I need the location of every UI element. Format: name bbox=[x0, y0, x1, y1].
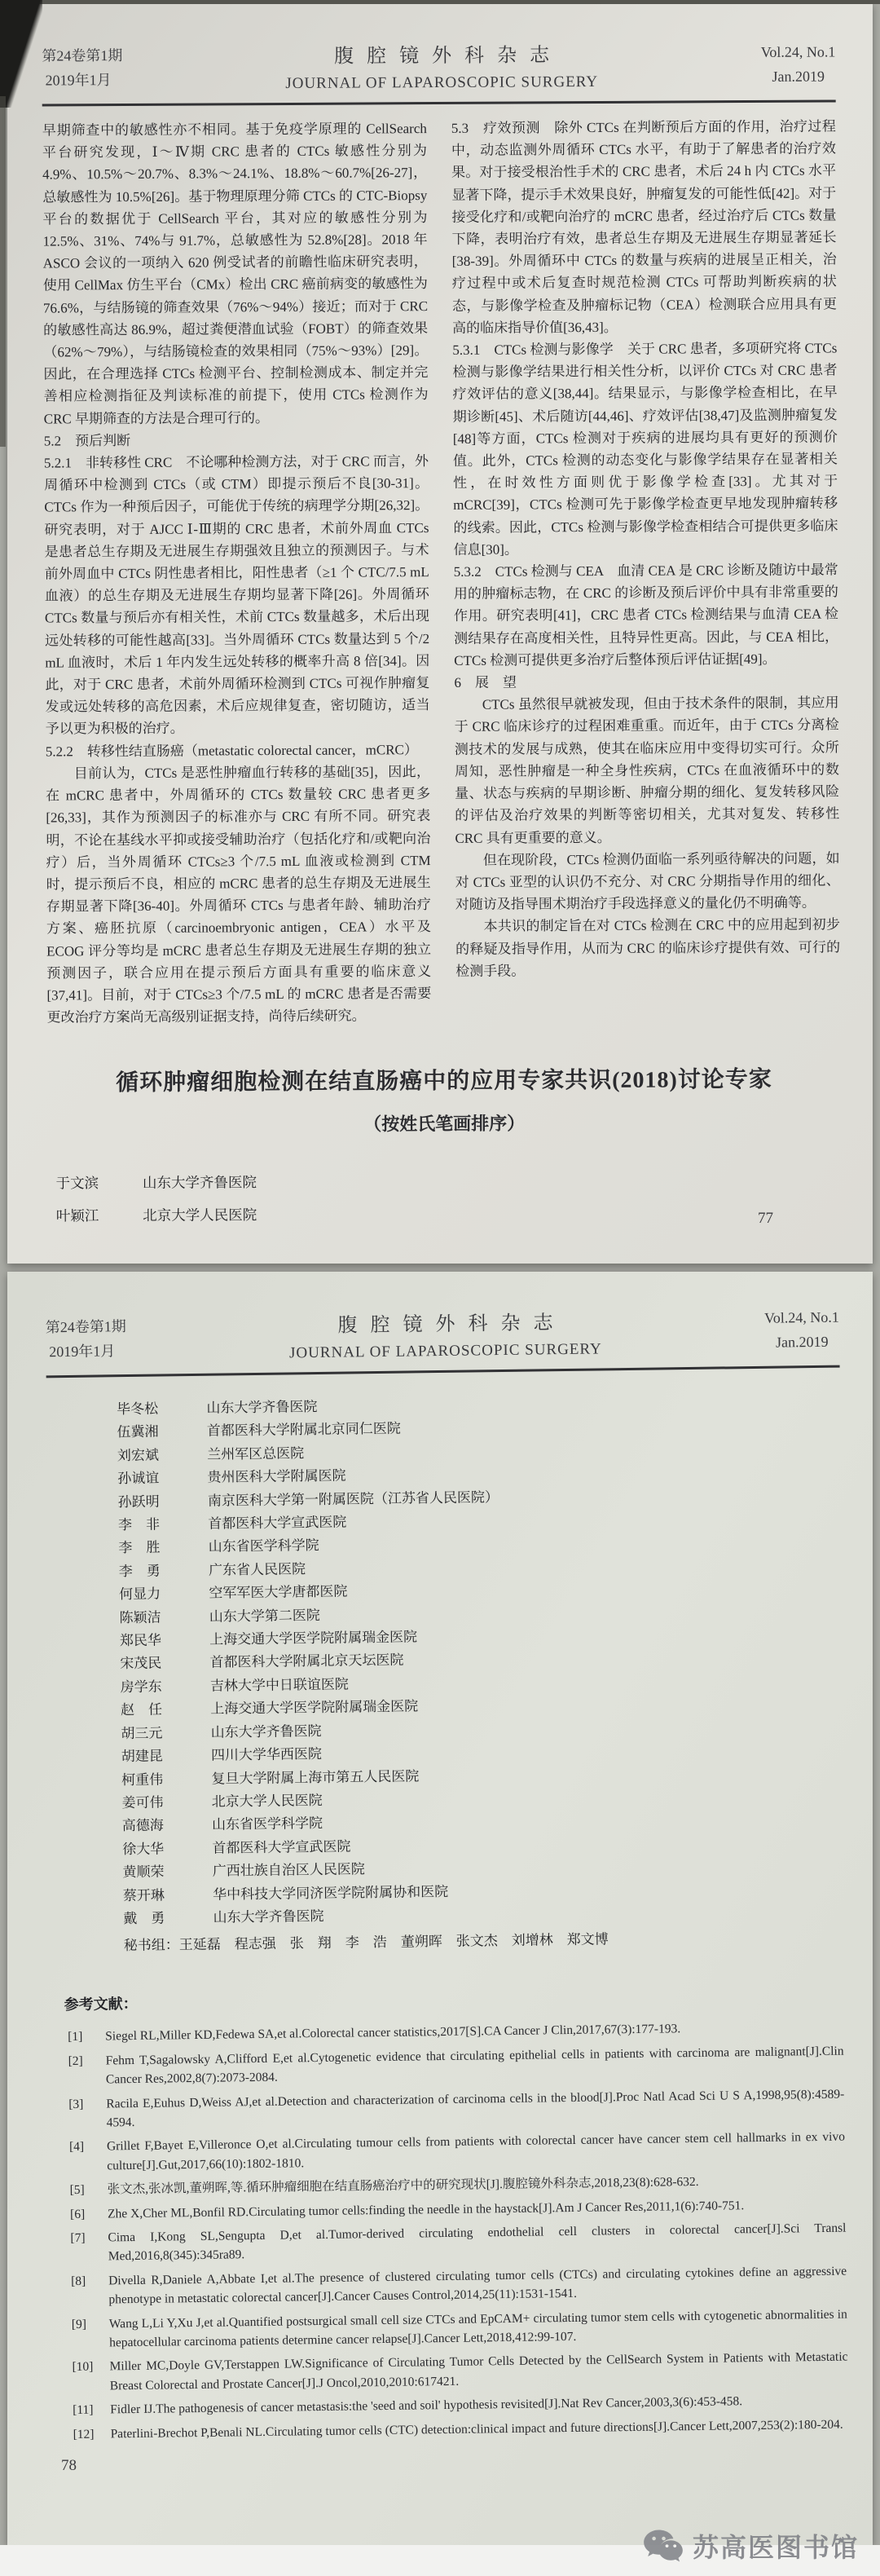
expert-affiliation: 广东省人民医院 bbox=[209, 1561, 306, 1578]
header-center: 腹腔镜外科杂志 JOURNAL OF LAPAROSCOPIC SURGERY bbox=[288, 1305, 602, 1362]
expert-name: 李 勇 bbox=[119, 1559, 186, 1583]
reference-item: [9] Wang L,Li Y,Xu J,et al.Quantified po… bbox=[72, 2305, 848, 2353]
reference-text: Divella R,Daniele A,Abbate I,et al.The p… bbox=[108, 2261, 847, 2309]
library-watermark: 苏高医图书馆 bbox=[642, 2527, 859, 2565]
expert-affiliation: 广西壮族自治区人民医院 bbox=[213, 1861, 365, 1878]
reference-text: Miller MC,Doyle GV,Terstappen LW.Signifi… bbox=[109, 2348, 848, 2396]
reference-number: [8] bbox=[71, 2271, 109, 2309]
expert-name: 郑民华 bbox=[120, 1629, 187, 1652]
watermark-label: 苏高医图书馆 bbox=[693, 2527, 859, 2565]
expert-name: 姜可伟 bbox=[121, 1791, 188, 1815]
expert-name: 柯重伟 bbox=[121, 1768, 188, 1792]
expert-name: 高德海 bbox=[122, 1814, 189, 1837]
journal-title-cn: 腹腔镜外科杂志 bbox=[285, 38, 598, 68]
volume-issue-cn: 第24卷第1期 bbox=[46, 1314, 126, 1339]
expert-name: 戴 勇 bbox=[123, 1907, 190, 1930]
expert-affiliation: 首都医科大学宣武医院 bbox=[208, 1515, 346, 1532]
journal-title-cn: 腹腔镜外科杂志 bbox=[288, 1305, 601, 1338]
expert-affiliation: 空军军医大学唐都医院 bbox=[209, 1584, 347, 1601]
expert-affiliation: 北京大学人民医院 bbox=[212, 1793, 323, 1810]
reference-number: [10] bbox=[72, 2358, 110, 2396]
expert-name: 黄顺荣 bbox=[122, 1860, 189, 1884]
reference-text: Fehm T,Sagalowsky A,Clifford E,et al.Cyt… bbox=[105, 2041, 844, 2089]
reference-item: [12] Paterlini-Brechot P,Benali NL.Circu… bbox=[73, 2415, 848, 2444]
volume-issue-cn: 第24卷第1期 bbox=[42, 43, 122, 68]
reference-text: 张文杰,张冰凯,董朔晖,等.循环肿瘤细胞在结直肠癌治疗中的研究现状[J].腹腔镜… bbox=[108, 2171, 846, 2199]
wechat-icon bbox=[642, 2528, 684, 2564]
reference-text: Racila E,Euhus D,Weiss AJ,et al.Detectio… bbox=[106, 2084, 845, 2133]
reference-number: [12] bbox=[73, 2424, 110, 2444]
reference-text: Cima I,Kong SL,Sengupta D,et al.Tumor-de… bbox=[108, 2219, 847, 2267]
expert-affiliation: 首都医科大学附属北京同仁医院 bbox=[207, 1421, 401, 1439]
header-left: 第24卷第1期 2019年1月 bbox=[42, 43, 122, 93]
secretary-group-row: 秘书组：王延磊 程志强 张 翔 李 浩 董朔晖 张文杰 刘增林 郑文博 bbox=[124, 1925, 847, 1959]
scan-artifact-top-edge bbox=[0, 0, 880, 4]
reference-text: Zhe X,Cher ML,Bonfil RD.Circulating tumo… bbox=[108, 2194, 846, 2223]
expert-name: 孙跃明 bbox=[117, 1490, 184, 1514]
secretary-group-members: 王延磊 程志强 张 翔 李 浩 董朔晖 张文杰 刘增林 郑文博 bbox=[179, 1932, 609, 1953]
expert-affiliation: 贵州医科大学附属医院 bbox=[207, 1468, 345, 1485]
expert-affiliation: 兰州军区总医院 bbox=[207, 1445, 304, 1462]
expert-name: 何显力 bbox=[119, 1582, 186, 1606]
expert-name: 房学东 bbox=[120, 1675, 187, 1699]
expert-affiliation: 上海交通大学医学院附属瑞金医院 bbox=[210, 1699, 418, 1717]
expert-name: 刘宏斌 bbox=[117, 1444, 184, 1467]
journal-title-en: JOURNAL OF LAPAROSCOPIC SURGERY bbox=[285, 73, 598, 93]
expert-affiliation: 山东大学齐鲁医院 bbox=[213, 1908, 323, 1925]
expert-name: 叶颖江 bbox=[56, 1199, 118, 1232]
experts-list-page2: 毕冬松 山东大学齐鲁医院 伍冀湘 首都医科大学附属北京同仁医院 刘宏斌 兰州军区… bbox=[117, 1389, 847, 1931]
reference-number: [2] bbox=[68, 2051, 106, 2089]
expert-name: 李 胜 bbox=[118, 1537, 185, 1560]
reference-number: [5] bbox=[70, 2181, 108, 2200]
secretary-group-label: 秘书组： bbox=[124, 1938, 179, 1954]
body-paragraph: 5.3 疗效预测 除外 CTCs 在判断预后方面的作用，治疗过程中，动态监测外周… bbox=[451, 115, 837, 338]
scanned-document: 第24卷第1期 2019年1月 腹腔镜外科杂志 JOURNAL OF LAPAR… bbox=[0, 0, 880, 2576]
date-en: Jan.2019 bbox=[761, 64, 836, 88]
scan-artifact-left-edge bbox=[0, 96, 6, 447]
expert-name: 宋茂民 bbox=[120, 1652, 187, 1676]
expert-affiliation: 山东省医学科学院 bbox=[209, 1537, 319, 1555]
reference-text: Paterlini-Brechot P,Benali NL.Circulatin… bbox=[110, 2415, 848, 2443]
date-cn: 2019年1月 bbox=[42, 68, 122, 93]
expert-affiliation: 上海交通大学医学院附属瑞金医院 bbox=[209, 1629, 417, 1647]
body-paragraph: 5.3.1 CTCs 检测与影像学 关于 CRC 患者，多项研究将 CTCs 检… bbox=[452, 337, 838, 560]
consensus-subtitle: （按姓氏笔画排序） bbox=[47, 1108, 841, 1137]
expert-name: 胡三元 bbox=[121, 1722, 187, 1745]
experts-list-page1: 于文滨 山东大学齐鲁医院 叶颖江 北京大学人民医院 bbox=[56, 1162, 842, 1232]
consensus-title: 循环肿瘤细胞检测在结直肠癌中的应用专家共识(2018)讨论专家 bbox=[47, 1061, 841, 1097]
reference-text: Wang L,Li Y,Xu J,et al.Quantified postsu… bbox=[109, 2305, 848, 2353]
expert-row: 叶颖江 北京大学人民医院 bbox=[56, 1195, 842, 1232]
volume-issue-en: Vol.24, No.1 bbox=[764, 1304, 839, 1330]
expert-affiliation: 南京医科大学第一附属医院（江苏省人民医院） bbox=[208, 1489, 499, 1509]
expert-name: 伍冀湘 bbox=[117, 1421, 183, 1445]
reference-number: [11] bbox=[73, 2401, 110, 2420]
expert-affiliation: 首都医科大学宣武医院 bbox=[212, 1838, 350, 1855]
journal-header: 第24卷第1期 2019年1月 腹腔镜外科杂志 JOURNAL OF LAPAR… bbox=[42, 37, 835, 94]
reference-text: Siegel RL,Miller KD,Fedewa SA,et al.Colo… bbox=[105, 2018, 843, 2046]
expert-row: 于文滨 山东大学齐鲁医院 bbox=[56, 1162, 842, 1199]
scan-artifact-corner bbox=[0, 0, 42, 108]
body-paragraph: 5.3.2 CTCs 检测与 CEA 血清 CEA 是 CRC 诊断及随访中最常… bbox=[454, 559, 839, 672]
reference-number: [6] bbox=[70, 2204, 108, 2224]
reference-text: Fidler IJ.The pathogenesis of cancer met… bbox=[110, 2391, 848, 2419]
body-paragraph: CTCs 虽然很早就被发现，但由于技术条件的限制，其应用于 CRC 临床诊疗的过… bbox=[454, 692, 839, 849]
reference-item: [2] Fehm T,Sagalowsky A,Clifford E,et al… bbox=[68, 2041, 844, 2089]
reference-item: [8] Divella R,Daniele A,Abbate I,et al.T… bbox=[71, 2261, 847, 2309]
volume-issue-en: Vol.24, No.1 bbox=[761, 39, 836, 64]
expert-name: 赵 任 bbox=[121, 1698, 187, 1722]
expert-affiliation: 山东大学齐鲁医院 bbox=[210, 1723, 321, 1740]
expert-affiliation: 首都医科大学附属北京天坛医院 bbox=[209, 1652, 403, 1670]
body-paragraph: 目前认为，CTCs 是恶性肿瘤血行转移的基础[35]，因此，在 mCRC 患者中… bbox=[46, 761, 432, 1029]
expert-affiliation: 华中科技大学同济医学院附属协和医院 bbox=[213, 1883, 448, 1902]
body-paragraph: 6 展 望 bbox=[454, 670, 838, 695]
reference-number: [4] bbox=[69, 2137, 108, 2176]
expert-name: 胡建昆 bbox=[121, 1745, 188, 1768]
body-paragraph: 5.2.1 非转移性 CRC 不论哪种检测方法，对于 CRC 而言，外周循环中检… bbox=[44, 450, 430, 740]
reference-item: [10] Miller MC,Doyle GV,Terstappen LW.Si… bbox=[72, 2348, 848, 2396]
page-number: 77 bbox=[758, 1210, 773, 1228]
reference-item: [3] Racila E,Euhus D,Weiss AJ,et al.Dete… bbox=[68, 2084, 845, 2133]
date-cn: 2019年1月 bbox=[46, 1339, 126, 1364]
page-number: 78 bbox=[61, 2457, 77, 2475]
header-left: 第24卷第1期 2019年1月 bbox=[46, 1314, 127, 1364]
header-right: Vol.24, No.1 Jan.2019 bbox=[764, 1304, 839, 1354]
body-paragraph: 早期筛查中的敏感性亦不相同。基于免疫学原理的 CellSearch 平台研究发现… bbox=[42, 117, 429, 430]
reference-item: [4] Grillet F,Bayet E,Villeronce O,et al… bbox=[69, 2128, 846, 2176]
body-paragraph: 5.2 预后判断 bbox=[44, 428, 429, 452]
expert-affiliation: 山东大学第二医院 bbox=[209, 1608, 320, 1625]
expert-affiliation: 山东大学齐鲁医院 bbox=[206, 1399, 317, 1416]
expert-affiliation: 北京大学人民医院 bbox=[143, 1206, 257, 1224]
body-paragraph: 5.2.2 转移性结直肠癌（metastatic colorectal canc… bbox=[46, 739, 430, 763]
header-rule bbox=[42, 99, 836, 106]
expert-name: 徐大华 bbox=[122, 1837, 189, 1861]
body-columns: 早期筛查中的敏感性亦不相同。基于免疫学原理的 CellSearch 平台研究发现… bbox=[42, 115, 841, 1037]
references-heading: 参考文献： bbox=[64, 1983, 848, 2015]
reference-number: [3] bbox=[68, 2094, 107, 2133]
expert-affiliation: 复旦大学附属上海市第五人民医院 bbox=[211, 1768, 419, 1786]
reference-number: [9] bbox=[72, 2314, 110, 2353]
expert-name: 陈颖洁 bbox=[119, 1606, 186, 1630]
header-right: Vol.24, No.1 Jan.2019 bbox=[761, 39, 836, 88]
left-column: 早期筛查中的敏感性亦不相同。基于免疫学原理的 CellSearch 平台研究发现… bbox=[42, 117, 432, 1037]
journal-title-en: JOURNAL OF LAPAROSCOPIC SURGERY bbox=[289, 1340, 602, 1362]
page-78: 第24卷第1期 2019年1月 腹腔镜外科杂志 JOURNAL OF LAPAR… bbox=[7, 1272, 873, 2545]
reference-number: [1] bbox=[68, 2027, 105, 2047]
expert-affiliation: 四川大学华西医院 bbox=[211, 1746, 322, 1763]
expert-affiliation: 吉林大学中日联谊医院 bbox=[210, 1676, 349, 1693]
expert-affiliation: 山东省医学科学院 bbox=[212, 1815, 323, 1833]
page-77: 第24卷第1期 2019年1月 腹腔镜外科杂志 JOURNAL OF LAPAR… bbox=[7, 3, 873, 1264]
date-en: Jan.2019 bbox=[764, 1329, 839, 1354]
header-center: 腹腔镜外科杂志 JOURNAL OF LAPAROSCOPIC SURGERY bbox=[285, 38, 598, 93]
expert-name: 李 非 bbox=[118, 1513, 185, 1537]
header-rule bbox=[46, 1365, 840, 1378]
reference-item: [7] Cima I,Kong SL,Sengupta D,et al.Tumo… bbox=[70, 2219, 847, 2267]
reference-number: [7] bbox=[70, 2228, 108, 2266]
reference-text: Grillet F,Bayet E,Villeronce O,et al.Cir… bbox=[107, 2128, 846, 2176]
expert-name: 毕冬松 bbox=[117, 1397, 183, 1421]
expert-name: 孙诚谊 bbox=[117, 1467, 184, 1490]
body-paragraph: 本共识的制定旨在对 CTCs 检测在 CRC 中的应用起到初步的释疑及指导作用，… bbox=[455, 914, 840, 982]
body-paragraph: 但在现阶段，CTCs 检测仍面临一系列亟待解决的问题，如对 CTCs 亚型的认识… bbox=[455, 847, 839, 915]
right-column: 5.3 疗效预测 除外 CTCs 在判断预后方面的作用，治疗过程中，动态监测外周… bbox=[451, 115, 841, 1034]
expert-affiliation: 山东大学齐鲁医院 bbox=[143, 1174, 257, 1191]
journal-header: 第24卷第1期 2019年1月 腹腔镜外科杂志 JOURNAL OF LAPAR… bbox=[46, 1303, 840, 1366]
expert-name: 蔡开琳 bbox=[123, 1884, 190, 1908]
references-list: [1] Siegel RL,Miller KD,Fedewa SA,et al.… bbox=[68, 2018, 849, 2444]
expert-name: 于文滨 bbox=[56, 1167, 118, 1199]
